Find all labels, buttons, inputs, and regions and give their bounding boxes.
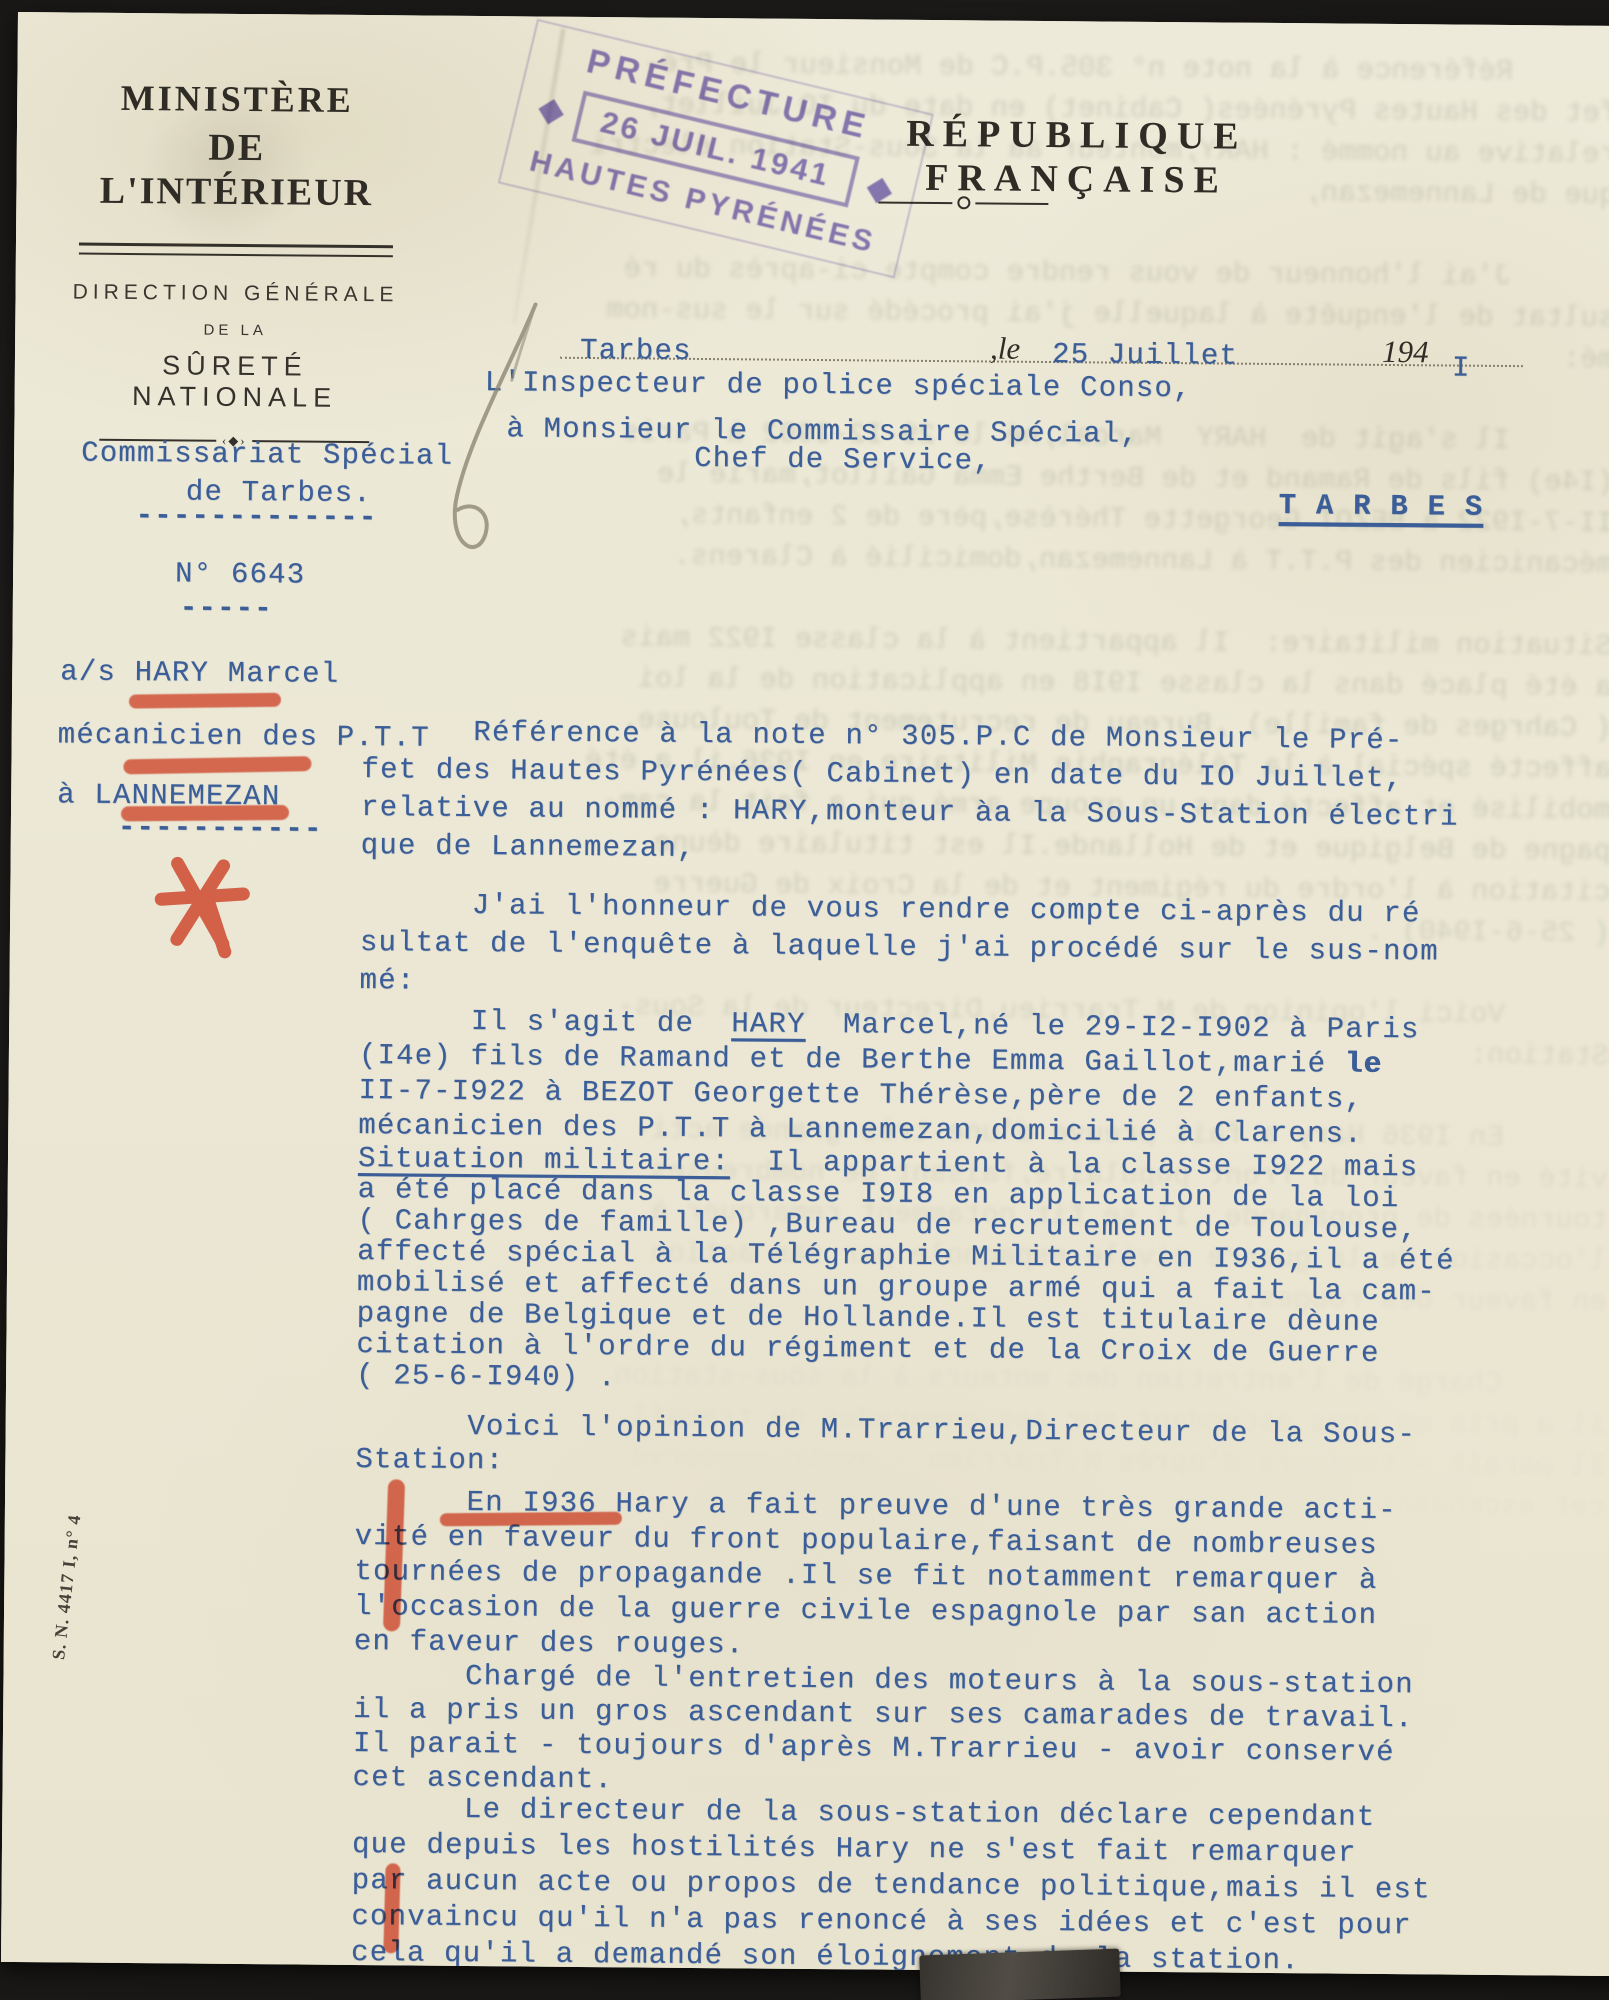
dateline-date-typed: 25 Juillet — [1052, 338, 1238, 373]
double-rule-divider — [79, 243, 393, 258]
sender-line: L'Inspecteur de police spéciale Conso, — [485, 366, 1192, 405]
de-la: DE LA — [70, 320, 400, 340]
red-underline-1936 — [440, 1512, 622, 1527]
letterhead: MINISTÈRE DE L'INTÉRIEUR DIRECTION GÉNÉR… — [69, 76, 402, 450]
ministry-title: MINISTÈRE — [72, 76, 402, 121]
typed-dashes: ----- — [180, 591, 273, 625]
diamond-icon: ◆ — [862, 166, 897, 211]
surete-nationale: SÛRETÉ NATIONALE — [70, 349, 401, 414]
dotted-leader-line — [560, 357, 1523, 367]
body-paragraph-identity: Il s'agit de HARY Marcel,né le 29-I2-I90… — [358, 1003, 1609, 1154]
red-underline-town — [121, 805, 289, 821]
photographed-document-scene: Référence à la note n° 305.P.C de Monsie… — [0, 0, 1609, 2000]
dateline-place: Tarbes — [580, 334, 692, 368]
ministry-title-2: DE L'INTÉRIEUR — [71, 124, 402, 215]
body-paragraph-honneur: J'ai l'honneur de vous rendre compte ci-… — [359, 886, 1609, 1011]
red-margin-bar — [383, 1863, 400, 1953]
body-paragraph-reference: Référence à la note n° 305.P.C de Monsie… — [361, 713, 1609, 876]
diamond-icon: ◆ — [534, 87, 569, 132]
recipient-city: T A R B E S — [1279, 489, 1484, 524]
mounting-tape — [919, 1949, 1121, 2000]
letter-paper: Référence à la note n° 305.P.C de Monsie… — [1, 12, 1609, 1976]
red-underline-hary — [129, 693, 281, 709]
body-paragraph-military: Situation militaire: Il appartient à la … — [356, 1143, 1609, 1402]
pencil-flourish-mark — [413, 293, 566, 594]
body-paragraph-opinion-intro: Voici l'opinion de M.Trarrieu,Directeur … — [355, 1409, 1609, 1488]
office-name-line1: Commissariat Spécial — [81, 437, 453, 473]
reference-number: N° 6643 — [175, 557, 306, 591]
red-asterisk-mark — [147, 851, 258, 962]
circle-ornament-icon — [957, 196, 970, 209]
body-paragraph-conclusion: Le directeur de la sous-station déclare … — [351, 1791, 1609, 1976]
body-paragraph-ascendant: Chargé de l'entretien des moteurs à la s… — [352, 1659, 1609, 1806]
dateline-le-printed: ,le — [990, 330, 1020, 366]
dateline-year-printed: 194 — [1382, 334, 1429, 370]
subject-name: a/s HARY Marcel — [60, 655, 339, 690]
typed-dashes: ------------- — [135, 499, 377, 534]
recipient-title-line: Chef de Service, — [694, 442, 992, 478]
dateline-year-typed: I — [1452, 352, 1471, 385]
direction-generale: DIRECTION GÉNÉRALE — [70, 280, 400, 307]
